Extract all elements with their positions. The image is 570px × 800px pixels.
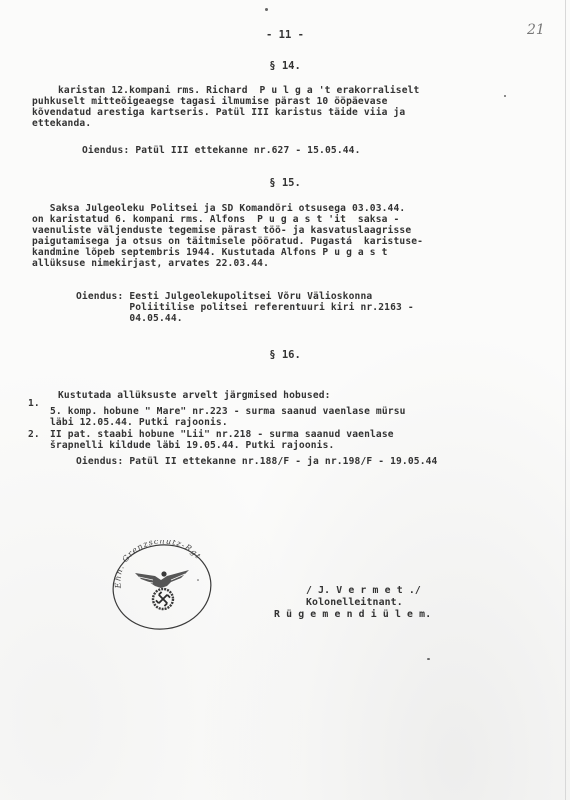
text-line: Saksa Julgeoleku Politsei ja SD Komandör…	[32, 203, 405, 214]
section-14-basis: Oiendus: Patül III ettekanne nr.627 - 15…	[82, 145, 361, 156]
text-line: karistan 12.kompani rms. Richard P u l g…	[58, 85, 419, 96]
text-line: Oiendus: Eesti Julgeolekupolitsei Võru V…	[76, 291, 372, 302]
text-line: II pat. staabi hobune "Lii" nr.218 - sur…	[50, 429, 394, 440]
section-15-heading: § 15.	[0, 177, 570, 189]
document-page: - 11 - 21 § 14. karistan 12.kompani rms.…	[0, 0, 570, 800]
speck	[427, 658, 430, 660]
list-item-number: 2.	[28, 429, 40, 440]
speck	[504, 95, 506, 97]
signatory-rank: Kolonelleitnant.	[306, 597, 403, 608]
text-line: kõvendatud arestiga kartseris. Patül III…	[32, 107, 405, 118]
text-line: Poliitilise politsei referentuuri kiri n…	[76, 302, 414, 313]
section-14-heading: § 14.	[0, 60, 570, 72]
text-line: 04.05.44.	[76, 313, 183, 324]
text-line: ettekanda.	[32, 118, 91, 129]
section-16-intro: Kustutada allüksuste arvelt järgmised ho…	[58, 390, 331, 401]
text-line: läbi 12.05.44. Putki rajoonis.	[50, 417, 228, 428]
text-line: paigutamisega ja otsus on täitmisele pöö…	[32, 236, 423, 247]
archive-number: 21	[527, 22, 545, 38]
text-line: allüksuse nimekirjast, arvates 22.03.44.	[32, 258, 269, 269]
text-line: vaenuliste väljenduste tegemise pärast t…	[32, 225, 411, 236]
punch-mark	[265, 8, 268, 11]
page-number: - 11 -	[0, 29, 570, 41]
text-line: puhkuselt mitteõigeaegse tagasi ilmumise…	[32, 96, 388, 107]
text-line: 5. komp. hobune " Mare" nr.223 - surma s…	[50, 406, 406, 417]
official-stamp: Ehn. Grenzschutz-Rgt	[111, 540, 213, 630]
text-line: on karistatud 6. kompani rms. Alfons P u…	[32, 214, 399, 225]
signatory-title: R ü g e m e n d i ü l e m.	[274, 609, 431, 620]
text-line: šrapnelli kildude läbi 19.05.44. Putki r…	[50, 440, 334, 451]
text-line: kandmine lõpeb septembris 1944. Kustutad…	[32, 247, 388, 258]
signatory-name: / J. V e r m e t ./	[306, 585, 421, 596]
section-16-heading: § 16.	[0, 349, 570, 361]
list-item-number: 1.	[28, 398, 40, 409]
section-16-basis: Oiendus: Patül II ettekanne nr.188/F - j…	[76, 456, 437, 467]
eagle-swastika-seal-icon: Ehn. Grenzschutz-Rgt	[111, 540, 213, 630]
page-edge	[565, 0, 566, 800]
